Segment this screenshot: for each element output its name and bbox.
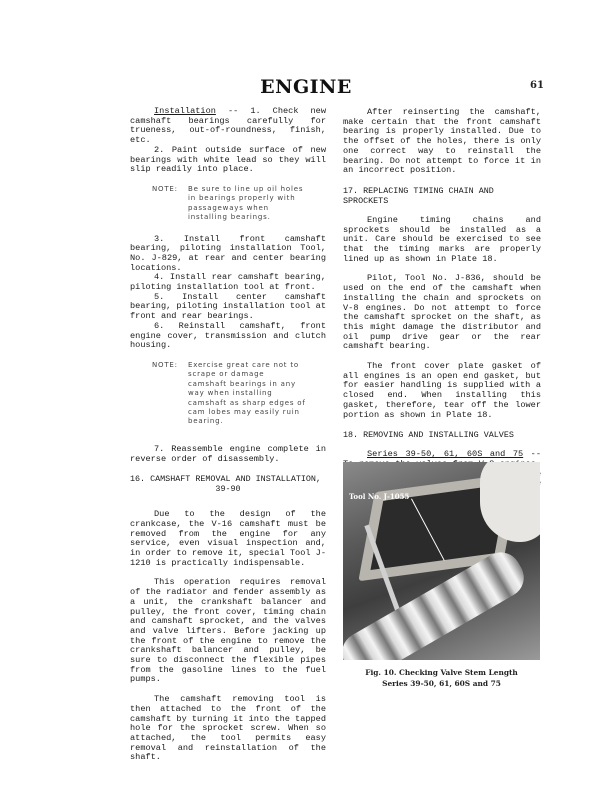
- note-label: NOTE:: [152, 361, 188, 427]
- page-title: ENGINE: [0, 76, 612, 98]
- section-heading-16-subtitle: 39-90: [130, 484, 326, 494]
- left-column: Installation -- 1. Check new camshaft be…: [130, 107, 326, 763]
- note-text: Exercise great care not to scrape or dam…: [188, 361, 306, 427]
- figure-tool-label: Tool No. J-1055: [349, 492, 409, 501]
- installation-label: Installation: [154, 106, 216, 116]
- paragraph-removal-operation: This operation requires removal of the r…: [130, 578, 326, 685]
- note-oil-holes: NOTE: Be sure to line up oil holes in be…: [152, 185, 326, 223]
- paragraph-removing-tool: The camshaft removing tool is then attac…: [130, 695, 326, 763]
- paragraph-pilot-tool: Pilot, Tool No. J-836, should be used on…: [343, 274, 541, 352]
- paragraph-reinserting-camshaft: After reinserting the camshaft, make cer…: [343, 108, 541, 176]
- section-heading-18: 18. REMOVING AND INSTALLING VALVES: [343, 430, 541, 440]
- caption-line-2: Series 39-50, 61, 60S and 75: [343, 678, 540, 689]
- section-heading-17: 17. REPLACING TIMING CHAIN AND SPROCKETS: [343, 186, 541, 206]
- right-column: After reinserting the camshaft, make cer…: [343, 108, 541, 499]
- caption-line-1: Fig. 10. Checking Valve Stem Length: [343, 667, 540, 678]
- paragraph-step-4: 4. Install rear camshaft bearing, piloti…: [130, 273, 326, 292]
- paragraph-installation-step-1: Installation -- 1. Check new camshaft be…: [130, 107, 326, 146]
- paragraph-v16-camshaft: Due to the design of the crankcase, the …: [130, 510, 326, 568]
- paragraph-step-7: 7. Reassemble engine complete in reverse…: [130, 445, 326, 464]
- note-scrape-bearings: NOTE: Exercise great care not to scrape …: [152, 361, 326, 427]
- figure-photo-valve-stem: Tool No. J-1055: [343, 462, 540, 660]
- paragraph-step-6: 6. Reinstall camshaft, front engine cove…: [130, 322, 326, 351]
- section-heading-16: 16. CAMSHAFT REMOVAL AND INSTALLATION,: [130, 474, 326, 484]
- note-label: NOTE:: [152, 185, 188, 223]
- paragraph-timing-chains: Engine timing chains and sprockets shoul…: [343, 216, 541, 265]
- series-label: Series 39-50, 61, 60S and 75: [367, 449, 523, 459]
- page-number: 61: [530, 80, 544, 91]
- paragraph-step-3: 3. Install front camshaft bearing, pilot…: [130, 235, 326, 274]
- note-text: Be sure to line up oil holes in bearings…: [188, 185, 306, 223]
- paragraph-step-2: 2. Paint outside surface of new bearings…: [130, 146, 326, 175]
- paragraph-step-5: 5. Install center camshaft bearing, pilo…: [130, 293, 326, 322]
- paragraph-front-cover-gasket: The front cover plate gasket of all engi…: [343, 362, 541, 420]
- figure-caption: Fig. 10. Checking Valve Stem Length Seri…: [343, 667, 540, 689]
